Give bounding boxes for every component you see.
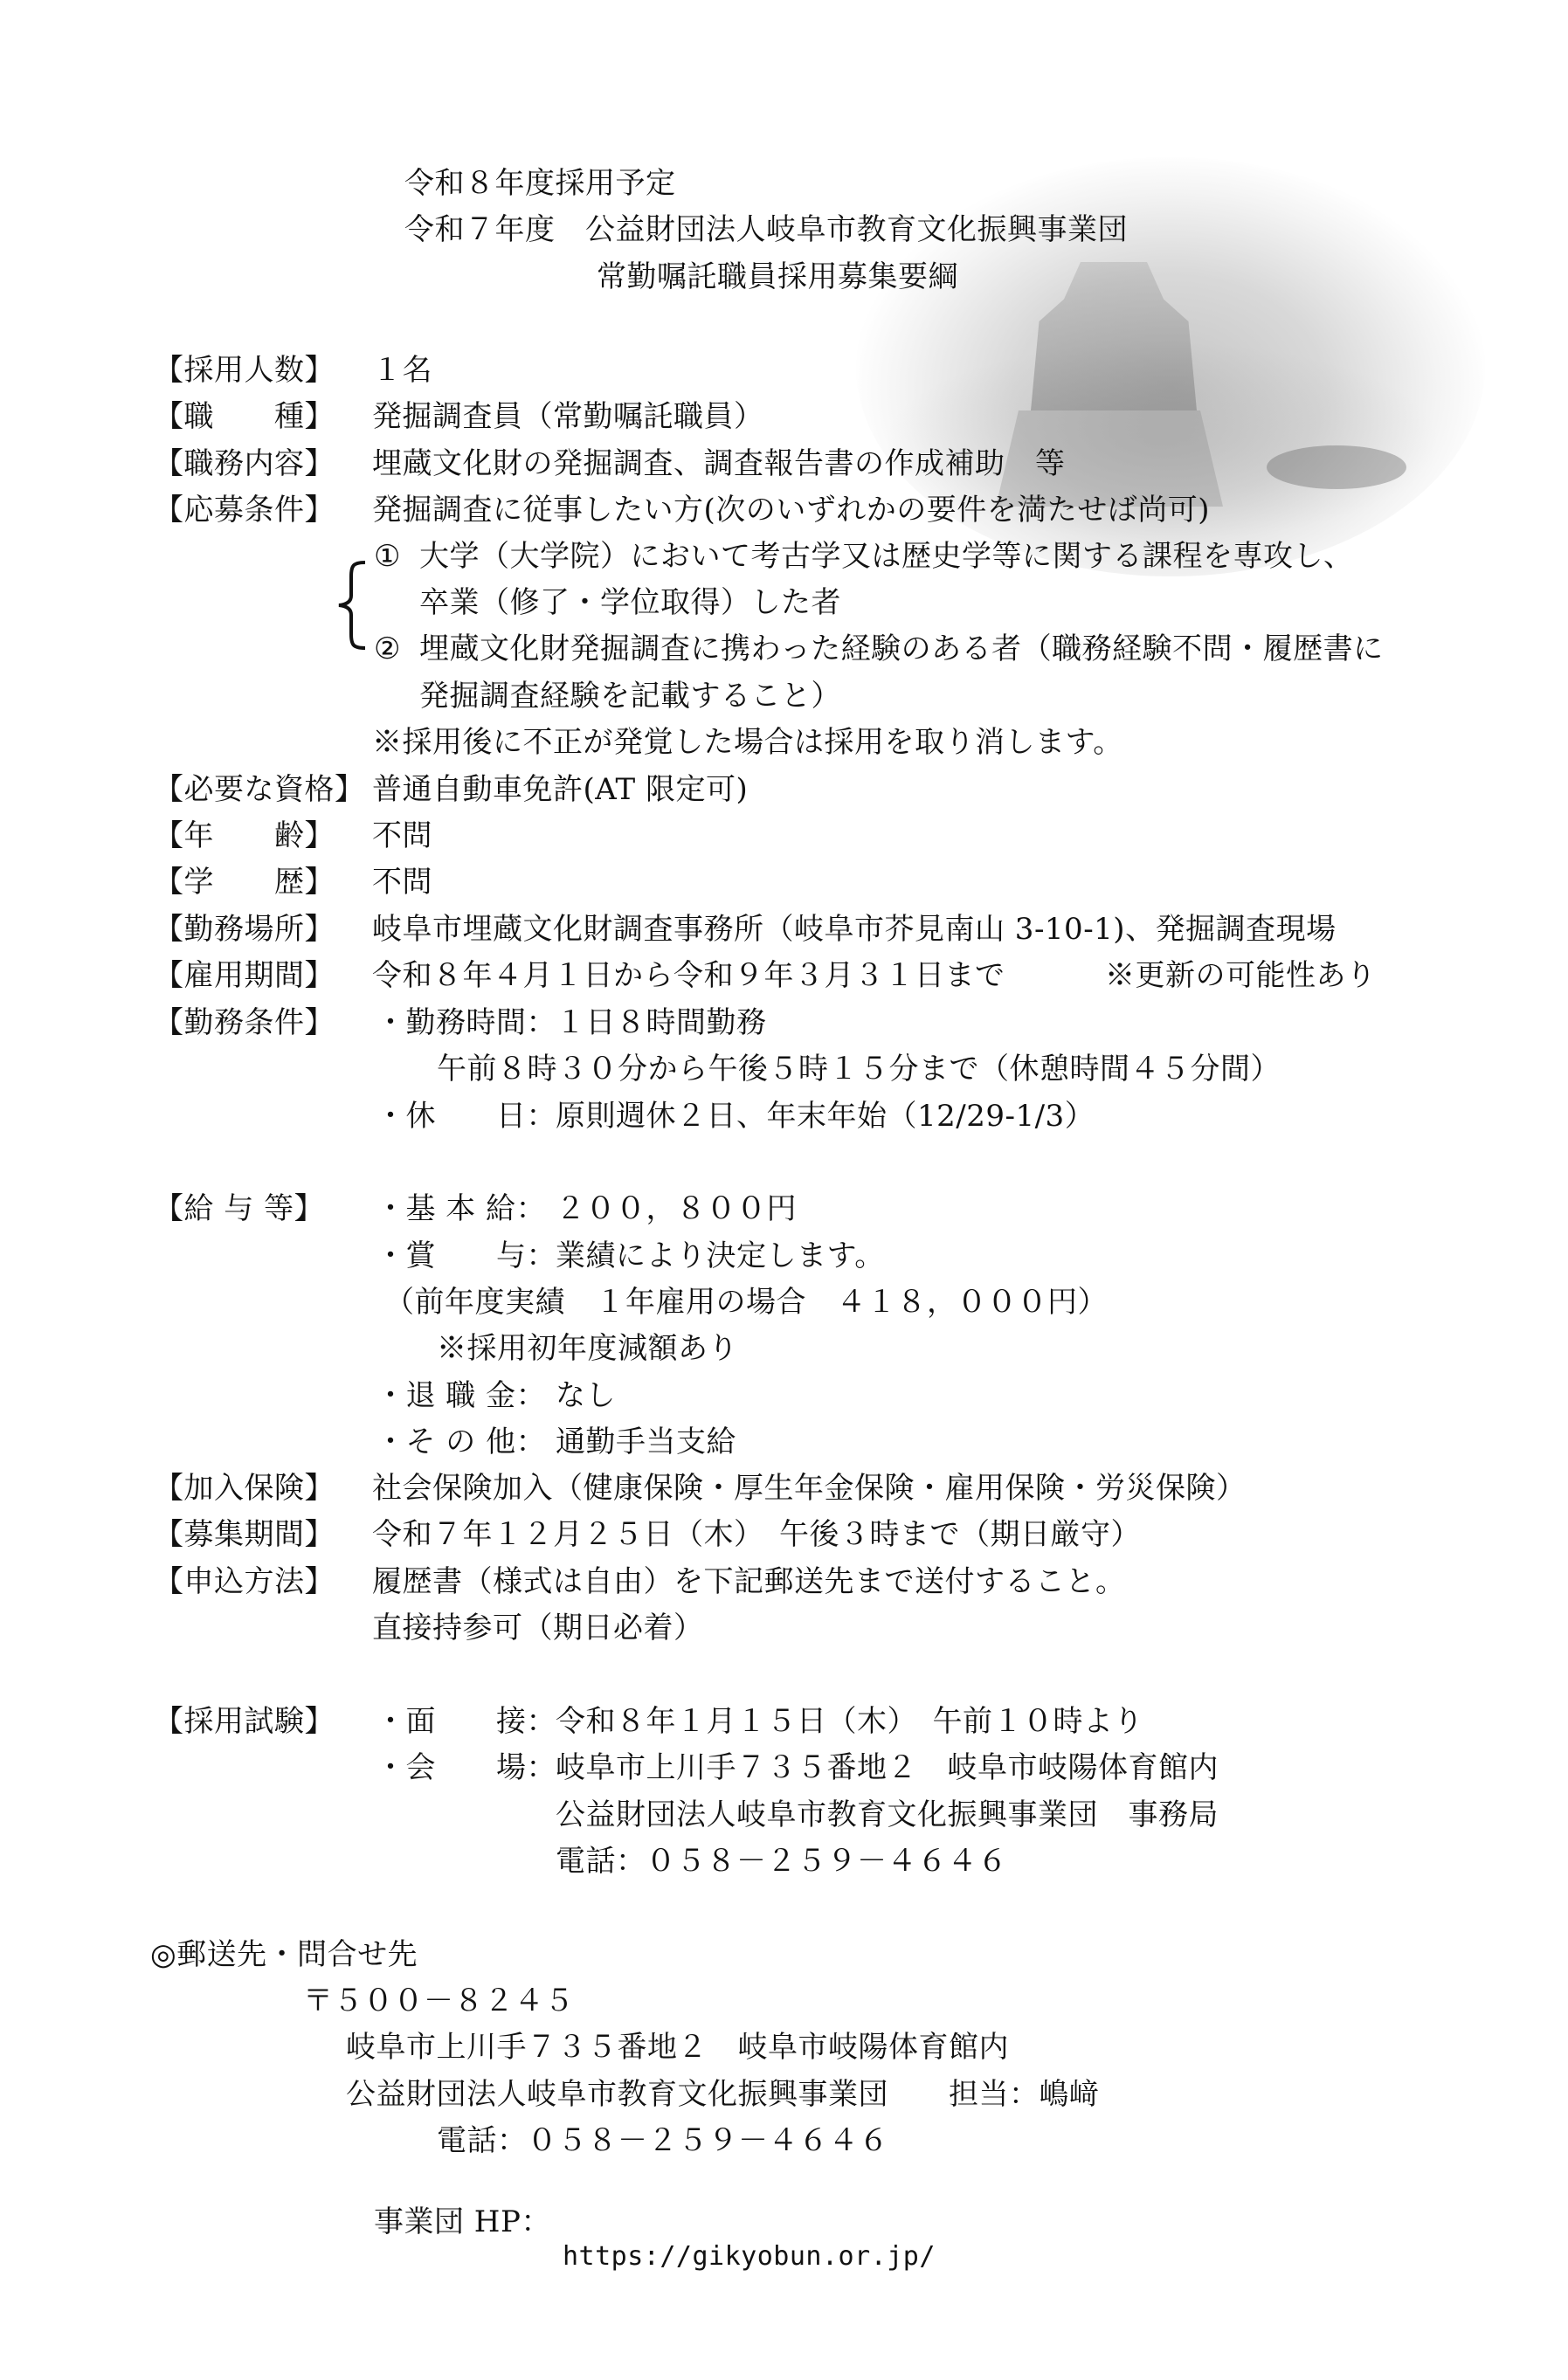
exam-interview-value: 令和８年１月１５日（木） 午前１０時より [556,1704,1143,1739]
salary-retirement-value: なし [556,1378,616,1413]
employment-renewal-note: ※更新の可能性あり [1105,958,1377,993]
field-label-conditions: 【勤務条件】 [154,1005,335,1040]
exam-interview-label: ・面 接： [376,1704,556,1739]
salary-other-value: 通勤手当支給 [556,1425,736,1459]
field-label-job-type: 【職 種】 [154,399,335,434]
requirement-2-line-1: 埋蔵文化財発掘調査に携わった経験のある者（職務経験不問・履歴書に [419,631,1384,666]
conditions-hours-value: １日８時間勤務 [556,1005,767,1040]
field-label-insurance: 【加入保険】 [154,1471,335,1506]
exam-venue-value: 岐阜市上川手７３５番地２ 岐阜市岐陽体育館内 [556,1750,1219,1785]
field-value-application-2: 直接持参可（期日必着） [372,1611,704,1645]
salary-bonus-detail: （前年度実績 １年雇用の場合 ４１８，０００円） [384,1285,1108,1320]
field-value-recruit-period: 令和７年１２月２５日（木） 午後３時まで（期日厳守） [372,1517,1141,1552]
conditions-holiday-label: ・休 日： [376,1099,556,1134]
page-title: 常勤嘱託職員採用募集要綱 [597,259,958,294]
exam-venue-phone: 電話：０５８－２５９－４６４６ [556,1844,1008,1879]
field-value-requirements: 発掘調査に従事したい方(次のいずれかの要件を満たせば尚可) [372,493,1210,528]
conditions-hours-detail: 午前８時３０分から午後５時１５分まで（休憩時間４５分間） [437,1052,1281,1087]
salary-retirement-label: ・退 職 金： [376,1378,546,1413]
salary-bonus-note: ※採用初年度減額あり [437,1331,738,1366]
field-value-application: 履歴書（様式は自由）を下記郵送先まで送付すること。 [372,1564,1126,1599]
field-label-workplace: 【勤務場所】 [154,912,335,947]
requirement-1-mark: ① [374,539,401,574]
exam-venue-org: 公益財団法人岐阜市教育文化振興事業団 事務局 [556,1797,1219,1832]
field-label-recruit-period: 【募集期間】 [154,1517,335,1552]
header-line-1: 令和８年度採用予定 [404,166,676,201]
salary-base-label: ・基 本 給： [376,1191,546,1226]
curly-brace-icon [334,557,369,652]
header-line-2: 令和７年度 公益財団法人岐阜市教育文化振興事業団 [404,212,1128,247]
requirements-note: ※採用後に不正が発覚した場合は採用を取り消します。 [372,725,1123,760]
contact-address: 岐阜市上川手７３５番地２ 岐阜市岐陽体育館内 [346,2030,1009,2065]
castle-pot-decoration [1267,445,1406,489]
field-value-education: 不問 [372,865,432,900]
field-label-duties: 【職務内容】 [154,446,335,481]
field-value-insurance: 社会保険加入（健康保険・厚生年金保険・雇用保険・労災保険） [372,1471,1247,1506]
field-value-age: 不問 [372,818,432,853]
contact-person: 担当：嶋﨑 [949,2077,1100,2112]
field-label-employment-period: 【雇用期間】 [154,958,335,993]
field-label-exam: 【採用試験】 [154,1704,335,1739]
requirement-2-line-2: 発掘調査経験を記載すること） [419,679,841,714]
field-label-requirements: 【応募条件】 [154,493,335,528]
field-label-qualification: 【必要な資格】 [154,772,365,807]
contact-hp-label: 事業団 HP： [374,2204,551,2239]
salary-bonus-label: ・賞 与： [376,1238,556,1273]
salary-bonus-value: 業績により決定します。 [556,1238,885,1273]
contact-organization: 公益財団法人岐阜市教育文化振興事業団 [346,2077,888,2112]
field-label-headcount: 【採用人数】 [154,353,335,388]
document-page: 令和８年度採用予定 令和７年度 公益財団法人岐阜市教育文化振興事業団 常勤嘱託職… [0,0,1568,2380]
field-value-job-type: 発掘調査員（常勤嘱託職員） [372,399,764,434]
requirement-1-line-2: 卒業（修了・学位取得）した者 [419,585,841,620]
field-value-workplace: 岐阜市埋蔵文化財調査事務所（岐阜市芥見南山 3-10-1)、発掘調査現場 [372,912,1337,947]
field-value-headcount: １名 [372,353,432,388]
contact-hp: 事業団 HP： https://gikyobun.or.jp/ [246,2170,286,2309]
contact-heading: ◎郵送先・問合せ先 [150,1937,418,1972]
exam-venue-label: ・会 場： [376,1750,556,1785]
contact-phone: 電話：０５８－２５９－４６４６ [437,2123,889,2158]
contact-hp-link[interactable]: https://gikyobun.or.jp/ [563,2239,936,2274]
requirement-1-line-1: 大学（大学院）において考古学又は歴史学等に関する課程を専攻し、 [419,539,1354,574]
contact-postal-code: 〒５００－８２４５ [303,1983,575,2018]
field-value-qualification: 普通自動車免許(AT 限定可) [372,772,748,807]
requirement-2-mark: ② [374,631,401,666]
field-label-age: 【年 齢】 [154,818,335,853]
conditions-hours-label: ・勤務時間： [376,1005,556,1040]
field-value-employment-period: 令和８年４月１日から令和９年３月３１日まで [372,958,1005,993]
field-label-education: 【学 歴】 [154,865,335,900]
salary-other-label: ・そ の 他： [376,1425,546,1459]
field-label-application: 【申込方法】 [154,1564,335,1599]
field-value-duties: 埋蔵文化財の発掘調査、調査報告書の作成補助 等 [372,446,1066,481]
field-label-salary: 【給 与 等】 [154,1191,324,1226]
conditions-holiday-value: 原則週休２日、年末年始（12/29-1/3） [556,1099,1095,1134]
salary-base-value: ２００，８００円 [556,1191,797,1226]
